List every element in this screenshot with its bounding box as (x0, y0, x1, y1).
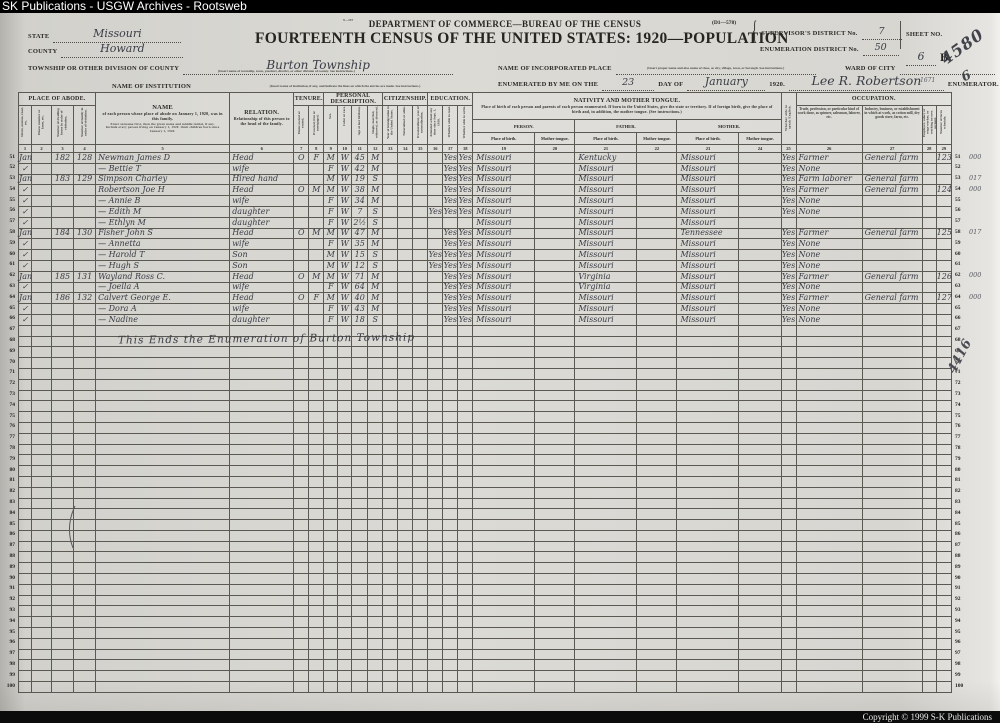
cell-name (96, 552, 230, 563)
cell-m_mt (739, 455, 781, 466)
cell-m_pob: Tennessee (677, 228, 739, 239)
cell-mt (535, 466, 575, 477)
cell-school (428, 638, 443, 649)
pencil-code: 000 (969, 293, 981, 301)
cell-house (32, 358, 52, 369)
cell-mortgage (309, 444, 324, 455)
cell-color: W (338, 304, 352, 315)
institution-label: NAME OF INSTITUTION (112, 83, 191, 90)
cell-sex (324, 617, 338, 628)
cell-pob (473, 628, 535, 639)
cell-m_mt (739, 314, 781, 325)
cell-read: Yes (443, 304, 458, 315)
census-row: ✓— Harold TSonMW15SYesYesYesMissouriMiss… (19, 250, 952, 261)
cell-sex: M (324, 250, 338, 261)
cell-write (458, 541, 473, 552)
column-number: 18 (458, 145, 473, 153)
cell-emp (922, 390, 936, 401)
cell-street (19, 682, 32, 693)
cell-imm (383, 671, 398, 682)
cell-sex: F (324, 239, 338, 250)
column-number: 26 (796, 145, 862, 153)
cell-m_mt (739, 422, 781, 433)
cell-trade: Farm laborer (796, 174, 862, 185)
cell-mt (535, 358, 575, 369)
cell-mt (535, 250, 575, 261)
cell-relation: Head (230, 293, 294, 304)
cell-imm (383, 401, 398, 412)
cell-mortgage (309, 304, 324, 315)
cell-family: 130 (74, 228, 96, 239)
line-number-left: 54 (2, 186, 15, 192)
cell-f_pob (575, 368, 637, 379)
cell-school (428, 671, 443, 682)
cell-nat (398, 552, 413, 563)
cell-nat (398, 153, 413, 164)
census-form-scan: 9—157 DEPARTMENT OF COMMERCE—BUREAU OF T… (0, 13, 1000, 711)
cell-trade (796, 628, 862, 639)
cell-m_pob (677, 466, 739, 477)
cell-farm (936, 336, 951, 347)
cell-industry: General farm (862, 228, 922, 239)
line-number-right: 52 (955, 164, 968, 170)
line-number-right: 63 (955, 283, 968, 289)
person-pob-label: Place of birth. (473, 132, 535, 144)
cell-pob: Missouri (473, 153, 535, 164)
cell-school (428, 466, 443, 477)
cell-name (96, 412, 230, 423)
cell-english (781, 617, 796, 628)
cell-school (428, 347, 443, 358)
cell-trade: None (796, 163, 862, 174)
cell-dwelling (52, 250, 74, 261)
cell-imm (383, 660, 398, 671)
cell-m_pob: Missouri (677, 217, 739, 228)
cell-street (19, 466, 32, 477)
cell-dwelling (52, 336, 74, 347)
cell-mortgage (309, 422, 324, 433)
cell-read (443, 563, 458, 574)
cell-natyear (413, 595, 428, 606)
cell-family (74, 682, 96, 693)
cell-farm (936, 606, 951, 617)
cell-owned (294, 196, 309, 207)
cell-owned (294, 163, 309, 174)
cell-sex (324, 509, 338, 520)
cell-street: ✓ (19, 250, 32, 261)
line-number-right: 54 (955, 186, 968, 192)
cell-imm (383, 163, 398, 174)
cell-f_mt (637, 660, 677, 671)
column-number: 7 (294, 145, 309, 153)
cell-read (443, 487, 458, 498)
line-number-left: 83 (2, 499, 15, 505)
cell-emp (922, 304, 936, 315)
cell-age: 15 (352, 250, 368, 261)
line-number-right: 96 (955, 639, 968, 645)
cell-street (19, 606, 32, 617)
cell-read (443, 217, 458, 228)
cell-age (352, 541, 368, 552)
cell-street: ✓ (19, 304, 32, 315)
line-number-right: 78 (955, 445, 968, 451)
census-row (19, 671, 952, 682)
line-number-left: 88 (2, 553, 15, 559)
cell-owned (294, 530, 309, 541)
cell-f_pob (575, 617, 637, 628)
cell-natyear (413, 163, 428, 174)
enumerated-month: January (705, 75, 748, 88)
cell-relation: Head (230, 271, 294, 282)
cell-m_mt (739, 660, 781, 671)
cell-street: ✓ (19, 185, 32, 196)
cell-marital (368, 595, 383, 606)
cell-pob (473, 584, 535, 595)
cell-emp (922, 196, 936, 207)
cell-m_pob: Missouri (677, 185, 739, 196)
cell-pob (473, 574, 535, 585)
line-number-left: 63 (2, 283, 15, 289)
cell-mt (535, 628, 575, 639)
cell-english (781, 595, 796, 606)
cell-age (352, 682, 368, 693)
line-number-right: 92 (955, 596, 968, 602)
cell-mortgage (309, 217, 324, 228)
cell-f_pob: Missouri (575, 228, 637, 239)
cell-age (352, 628, 368, 639)
cell-owned (294, 466, 309, 477)
line-number-left: 82 (2, 488, 15, 494)
cell-f_mt (637, 336, 677, 347)
census-scan-viewer: SK Publications - USGW Archives - Rootsw… (0, 0, 1000, 727)
enumeration-label: ENUMERATION DISTRICT No. (760, 46, 859, 53)
cell-age (352, 606, 368, 617)
cell-family (74, 433, 96, 444)
cell-marital: S (368, 314, 383, 325)
cell-nat (398, 379, 413, 390)
cell-industry (862, 217, 922, 228)
cell-mortgage (309, 239, 324, 250)
cell-age (352, 358, 368, 369)
cell-industry (862, 336, 922, 347)
cell-house (32, 444, 52, 455)
cell-f_mt (637, 260, 677, 271)
cell-dwelling (52, 660, 74, 671)
cell-english: Yes (781, 260, 796, 271)
cell-name (96, 660, 230, 671)
department-line: DEPARTMENT OF COMMERCE—BUREAU OF THE CEN… (300, 19, 710, 29)
cell-imm (383, 304, 398, 315)
cell-imm (383, 574, 398, 585)
cell-f_pob (575, 466, 637, 477)
cell-school (428, 196, 443, 207)
cell-industry (862, 530, 922, 541)
cell-nat (398, 239, 413, 250)
cell-m_pob: Missouri (677, 174, 739, 185)
cell-m_mt (739, 379, 781, 390)
cell-marital (368, 466, 383, 477)
cell-owned (294, 260, 309, 271)
line-number-left: 96 (2, 639, 15, 645)
col-dwelling-number: Number of dwelling house in order of vis… (52, 106, 74, 145)
line-number-left: 97 (2, 650, 15, 656)
cell-marital (368, 368, 383, 379)
cell-family (74, 368, 96, 379)
cell-f_mt (637, 498, 677, 509)
line-number-left: 75 (2, 413, 15, 419)
cell-emp (922, 509, 936, 520)
cell-dwelling (52, 390, 74, 401)
cell-nat (398, 682, 413, 693)
cell-owned (294, 206, 309, 217)
line-number-right: 51 (955, 154, 968, 160)
cell-write (458, 584, 473, 595)
cell-trade: None (796, 206, 862, 217)
cell-mt (535, 617, 575, 628)
census-row: ✓Robertson Joe HHeadOMMW38MYesYesMissour… (19, 185, 952, 196)
cell-pob: Missouri (473, 206, 535, 217)
cell-school (428, 271, 443, 282)
father-pob-label: Place of birth. (575, 132, 637, 144)
line-number-left: 89 (2, 564, 15, 570)
cell-write: Yes (458, 174, 473, 185)
cell-marital: M (368, 196, 383, 207)
cell-house (32, 574, 52, 585)
cell-relation (230, 390, 294, 401)
cell-f_pob (575, 541, 637, 552)
cell-owned (294, 250, 309, 261)
cell-industry: General farm (862, 185, 922, 196)
cell-m_pob (677, 584, 739, 595)
viewer-title-text: SK Publications - USGW Archives - Rootsw… (2, 0, 247, 13)
cell-m_pob (677, 390, 739, 401)
cell-owned: O (294, 228, 309, 239)
cell-industry (862, 660, 922, 671)
cell-m_mt (739, 563, 781, 574)
cell-english (781, 563, 796, 574)
cell-m_mt (739, 682, 781, 693)
cell-farm (936, 628, 951, 639)
census-row (19, 476, 952, 487)
census-row (19, 412, 952, 423)
cell-read (443, 520, 458, 531)
cell-natyear (413, 444, 428, 455)
cell-write (458, 455, 473, 466)
census-row (19, 455, 952, 466)
cell-nat (398, 347, 413, 358)
cell-industry (862, 282, 922, 293)
plate-number: (D1—578) (712, 20, 736, 26)
cell-farm (936, 325, 951, 336)
cell-marital: M (368, 304, 383, 315)
cell-mt (535, 239, 575, 250)
cell-read (443, 671, 458, 682)
cell-m_pob (677, 552, 739, 563)
cell-sex (324, 444, 338, 455)
cell-mortgage (309, 314, 324, 325)
line-number-right: 73 (955, 391, 968, 397)
line-number-right: 82 (955, 488, 968, 494)
cell-house (32, 336, 52, 347)
cell-f_pob: Missouri (575, 185, 637, 196)
cell-imm (383, 358, 398, 369)
cell-english (781, 217, 796, 228)
cell-school (428, 325, 443, 336)
cell-dwelling (52, 304, 74, 315)
column-number: 14 (398, 145, 413, 153)
cell-trade (796, 368, 862, 379)
cell-school (428, 358, 443, 369)
cell-m_pob (677, 520, 739, 531)
cell-m_mt (739, 433, 781, 444)
cell-f_mt (637, 282, 677, 293)
cell-emp (922, 206, 936, 217)
cell-mt (535, 401, 575, 412)
cell-sex: F (324, 163, 338, 174)
cell-emp (922, 660, 936, 671)
cell-f_mt (637, 293, 677, 304)
cell-color (338, 628, 352, 639)
cell-mortgage (309, 682, 324, 693)
cell-age: 35 (352, 239, 368, 250)
cell-relation: daughter (230, 217, 294, 228)
cell-f_pob: Missouri (575, 217, 637, 228)
cell-color (338, 584, 352, 595)
cell-emp (922, 379, 936, 390)
cell-name: — Dora A (96, 304, 230, 315)
cell-write: Yes (458, 271, 473, 282)
cell-house (32, 250, 52, 261)
cell-industry (862, 422, 922, 433)
cell-color: W (338, 206, 352, 217)
cell-trade (796, 217, 862, 228)
cell-read (443, 628, 458, 639)
cell-color: W (338, 260, 352, 271)
cell-family (74, 444, 96, 455)
cell-f_pob (575, 325, 637, 336)
person-mt-label: Mother tongue. (535, 132, 575, 144)
column-number: 21 (575, 145, 637, 153)
cell-relation (230, 487, 294, 498)
cell-color (338, 682, 352, 693)
cell-m_mt (739, 638, 781, 649)
group-education: EDUCATION. (428, 93, 473, 106)
cell-imm (383, 617, 398, 628)
cell-street (19, 433, 32, 444)
cell-farm (936, 163, 951, 174)
cell-house (32, 368, 52, 379)
cell-write (458, 433, 473, 444)
cell-street: Jan (19, 271, 32, 282)
cell-house (32, 163, 52, 174)
cell-dwelling (52, 239, 74, 250)
cell-street: ✓ (19, 163, 32, 174)
cell-nat (398, 401, 413, 412)
census-row (19, 368, 952, 379)
cell-house (32, 174, 52, 185)
cell-owned (294, 638, 309, 649)
cell-read (443, 649, 458, 660)
group-citizenship: CITIZENSHIP. (383, 93, 428, 106)
cell-relation: daughter (230, 206, 294, 217)
cell-street (19, 584, 32, 595)
cell-write (458, 379, 473, 390)
cell-name (96, 584, 230, 595)
nativity-title: NATIVITY AND MOTHER TONGUE. (473, 97, 780, 104)
line-number-left: 100 (2, 683, 15, 689)
census-row: Jan186132Calvert George E.HeadOFMW40MYes… (19, 293, 952, 304)
cell-mt (535, 368, 575, 379)
cell-imm (383, 347, 398, 358)
pencil-code: 000 (969, 153, 981, 161)
census-row (19, 552, 952, 563)
cell-english: Yes (781, 304, 796, 315)
line-number-left: 93 (2, 607, 15, 613)
cell-relation (230, 476, 294, 487)
cell-sex (324, 682, 338, 693)
cell-pob (473, 498, 535, 509)
cell-english: Yes (781, 282, 796, 293)
cell-school (428, 649, 443, 660)
pencil-code: 017 (969, 228, 981, 236)
cell-english: Yes (781, 174, 796, 185)
cell-write (458, 358, 473, 369)
cell-house (32, 379, 52, 390)
cell-family (74, 606, 96, 617)
cell-mt (535, 163, 575, 174)
cell-color (338, 520, 352, 531)
cell-house (32, 541, 52, 552)
cell-dwelling (52, 455, 74, 466)
col-trade: Trade, profession, or particular kind of… (796, 106, 862, 145)
cell-school (428, 584, 443, 595)
cell-relation: wife (230, 239, 294, 250)
cell-m_mt (739, 552, 781, 563)
cell-nat (398, 509, 413, 520)
cell-house (32, 530, 52, 541)
census-row: ✓— Annie BwifeFW34MYesYesMissouriMissour… (19, 196, 952, 207)
cell-natyear (413, 520, 428, 531)
cell-read: Yes (443, 163, 458, 174)
cell-family (74, 422, 96, 433)
cell-m_pob: Missouri (677, 196, 739, 207)
cell-mortgage (309, 433, 324, 444)
cell-nat (398, 606, 413, 617)
line-number-left: 58 (2, 229, 15, 235)
cell-name (96, 433, 230, 444)
col-marital: Single, married, widowed, or divorced. (368, 106, 383, 145)
cell-mt (535, 336, 575, 347)
cell-color (338, 530, 352, 541)
cell-imm (383, 250, 398, 261)
cell-nat (398, 422, 413, 433)
cell-farm (936, 206, 951, 217)
column-number: 10 (338, 145, 352, 153)
cell-mt (535, 325, 575, 336)
cell-mt (535, 314, 575, 325)
cell-family (74, 476, 96, 487)
cell-industry (862, 671, 922, 682)
cell-f_mt (637, 530, 677, 541)
relation-desc: Relationship of this person to the head … (230, 116, 293, 128)
cell-owned (294, 617, 309, 628)
cell-nat (398, 541, 413, 552)
cell-natyear (413, 628, 428, 639)
cell-family (74, 617, 96, 628)
cell-age: 34 (352, 196, 368, 207)
cell-f_mt (637, 206, 677, 217)
cell-name (96, 487, 230, 498)
